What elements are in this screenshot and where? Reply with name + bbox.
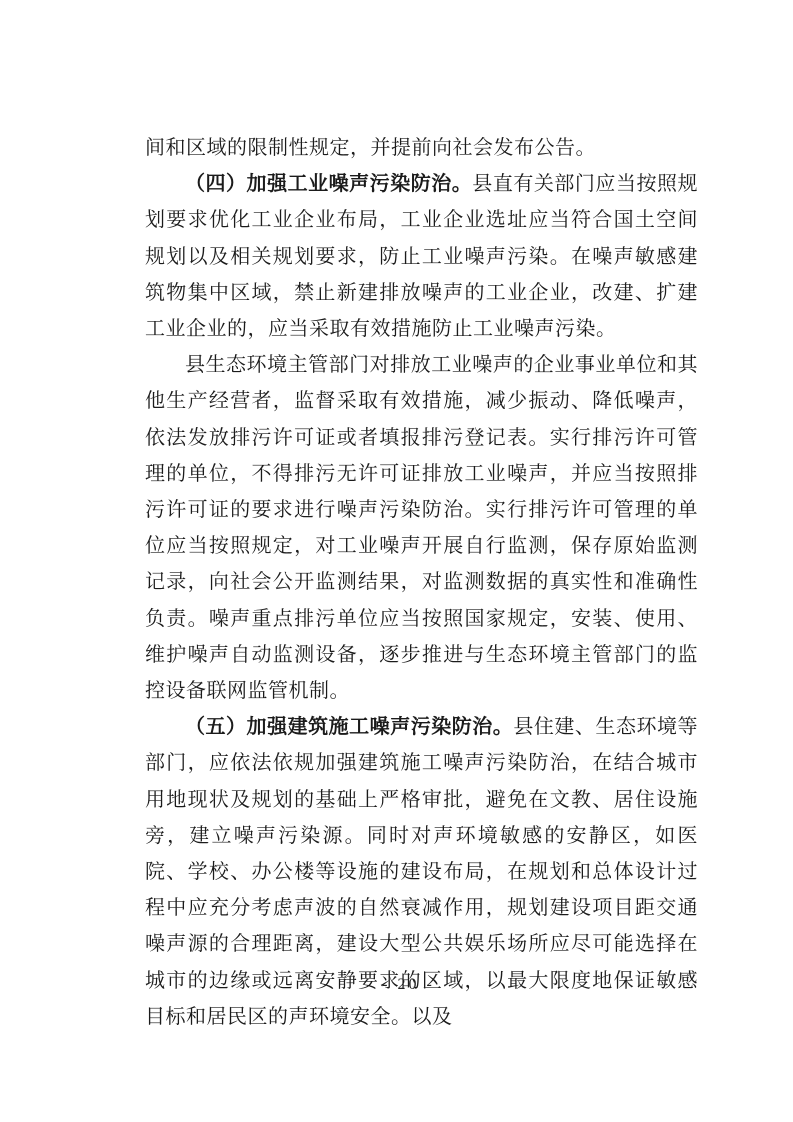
paragraph-ecology-environment-dept: 县生态环境主管部门对排放工业噪声的企业事业单位和其他生产经营者，监督采取有效措施…	[145, 347, 698, 709]
section-heading-run: （四）加强工业噪声污染防治。	[185, 173, 472, 195]
document-page: 间和区域的限制性规定，并提前向社会发布公告。（四）加强工业噪声污染防治。县直有关…	[0, 0, 793, 1122]
page-footer: - 20 -	[0, 976, 793, 994]
paragraph-section-4-industrial-noise: （四）加强工业噪声污染防治。县直有关部门应当按照规划要求优化工业企业布局，工业企…	[145, 166, 698, 347]
page-number: - 20 -	[382, 976, 435, 993]
body-text-run: 县生态环境主管部门对排放工业噪声的企业事业单位和其他生产经营者，监督采取有效措施…	[145, 354, 698, 702]
document-body: 间和区域的限制性规定，并提前向社会发布公告。（四）加强工业噪声污染防治。县直有关…	[145, 130, 698, 1035]
section-heading-run: （五）加强建筑施工噪声污染防治。	[185, 716, 513, 738]
body-text-run: 县直有关部门应当按照规划要求优化工业企业布局，工业企业选址应当符合国土空间规划以…	[145, 173, 698, 340]
paragraph-continuation: 间和区域的限制性规定，并提前向社会发布公告。	[145, 130, 698, 166]
body-text-run: 间和区域的限制性规定，并提前向社会发布公告。	[145, 137, 596, 159]
